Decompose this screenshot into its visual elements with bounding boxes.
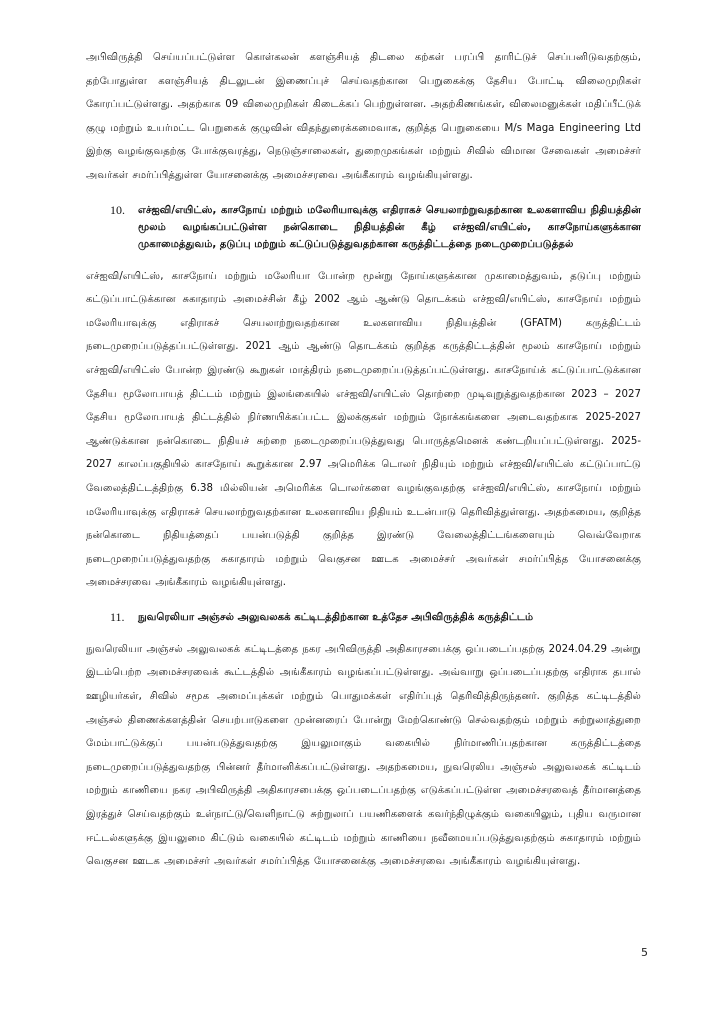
section-10-number: 10. (110, 202, 138, 253)
section-11-title: நுவரெலியா அஞ்சல் அலுவலகக் கட்டிடத்திற்கா… (138, 609, 641, 626)
section-10-body: எச்ஐவி/எயிட்ஸ், காசநோய் மற்றும் மலேரியா … (86, 265, 641, 595)
section-11-heading: 11. நுவரெலியா அஞ்சல் அலுவலகக் கட்டிடத்தி… (110, 609, 641, 626)
section-10-title: எச்ஐவி/எயிட்ஸ், காசநோய் மற்றும் மலேரியாவ… (138, 202, 641, 253)
section-10-heading: 10. எச்ஐவி/எயிட்ஸ், காசநோய் மற்றும் மலேர… (110, 202, 641, 253)
paragraph-continuation: அபிவிருத்தி செய்யப்பட்டுள்ள கொள்கலன் களஞ… (86, 46, 641, 188)
document-page: அபிவிருத்தி செய்யப்பட்டுள்ள கொள்கலன் களஞ… (86, 46, 641, 874)
section-11-number: 11. (110, 609, 138, 626)
section-11-body: நுவரெலியா அஞ்சல் அலுவலகக் கட்டிடத்தை நகர… (86, 638, 641, 874)
page-number: 5 (641, 946, 648, 959)
